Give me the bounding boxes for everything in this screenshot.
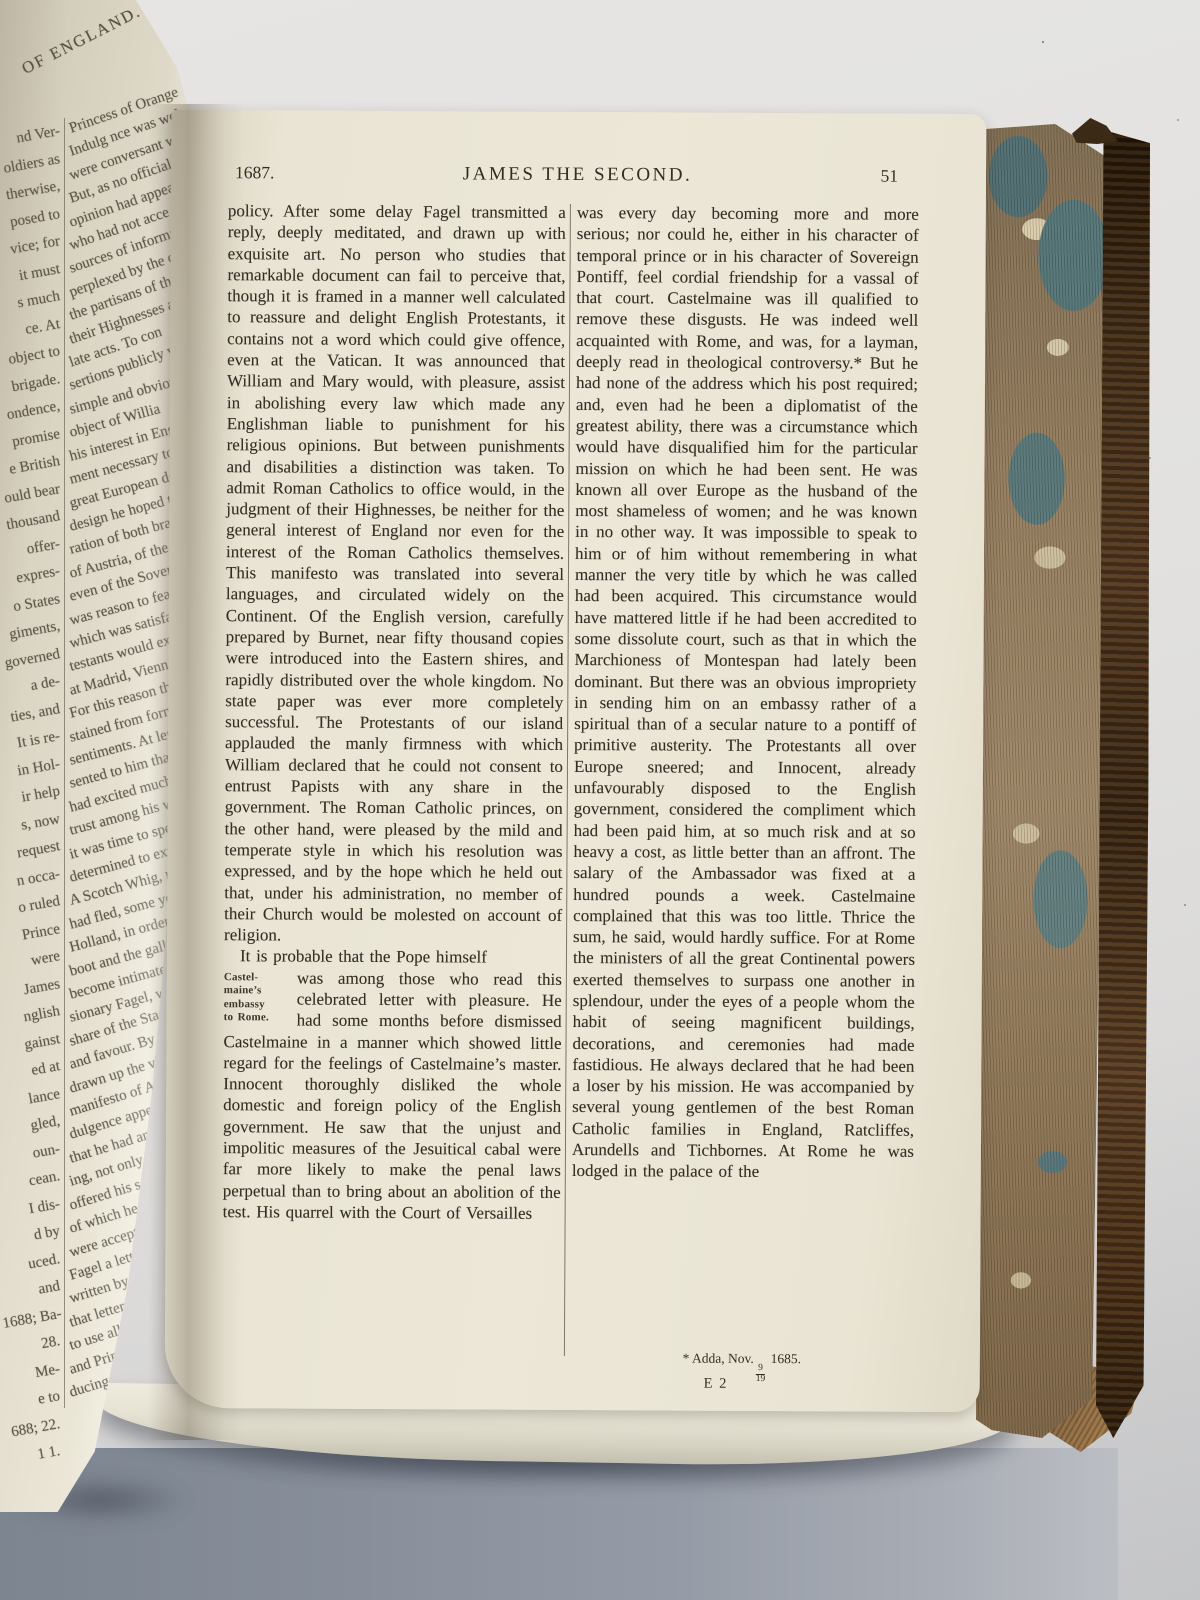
- verso-left-column-fragments: nd Ver-oldiers astherwise,posed tovice; …: [2, 118, 60, 1466]
- paragraph: policy. After some delay Fagel transmitt…: [224, 200, 566, 947]
- leather-board-edge: [1096, 130, 1150, 1438]
- header-year: 1687.: [235, 162, 274, 183]
- header-running-title: JAMES THE SECOND.: [463, 163, 693, 186]
- paragraph-first-line: It is probable that the Pope himself: [224, 946, 562, 969]
- paragraph: was every day becoming more and more ser…: [572, 202, 919, 1183]
- signature-mark: E 2: [545, 1375, 887, 1394]
- marbled-fore-edge: [976, 124, 1108, 1438]
- text-column-left: policy. After some delay Fagel transmitt…: [223, 200, 566, 1224]
- text-column-right: was every day becoming more and more ser…: [572, 202, 919, 1183]
- footnote-marker: *: [683, 1351, 690, 1366]
- margin-note: Castel- maine’s embassy to Rome.: [224, 971, 288, 1025]
- book-photograph: OF ENGLAND. nd Ver-oldiers astherwise,po…: [0, 0, 1200, 1600]
- board-top-nick: [1072, 118, 1118, 144]
- recto-page: 1687. JAMES THE SECOND. 51 policy. After…: [165, 110, 987, 1412]
- paragraph-with-margin-note: Castel- maine’s embassy to Rome.was amon…: [223, 967, 562, 1224]
- fraction-numerator: 9: [756, 1364, 766, 1375]
- footnote-text: Adda, Nov.: [692, 1351, 754, 1366]
- header-page-number: 51: [881, 166, 899, 187]
- verso-column-divider: [64, 118, 65, 1408]
- verso-running-title: OF ENGLAND.: [19, 1, 145, 78]
- footnote-year: 1685.: [771, 1351, 801, 1366]
- page-header: 1687. JAMES THE SECOND. 51: [235, 162, 898, 187]
